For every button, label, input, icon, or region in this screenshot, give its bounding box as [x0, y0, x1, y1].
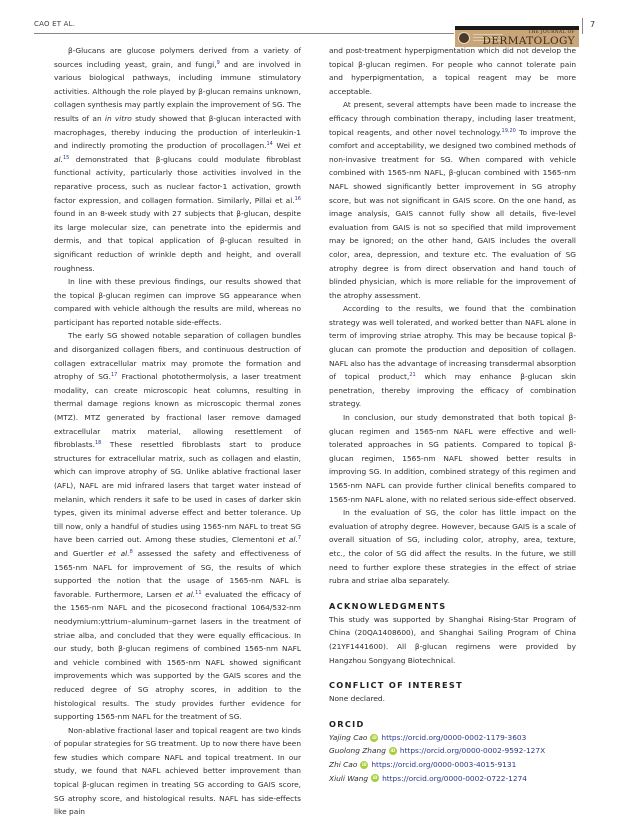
author-name: Guolong Zhang — [329, 744, 386, 758]
acknowledgments-heading: ACKNOWLEDGMENTS — [329, 600, 576, 613]
paragraph: In conclusion, our study demonstrated th… — [329, 411, 576, 506]
text: Fractional photothermolysis, a laser tre… — [54, 372, 301, 449]
orcid-heading: ORCID — [329, 718, 576, 731]
italic-text: et al. — [278, 535, 298, 544]
page-number-separator — [582, 18, 583, 34]
orcid-entry: Zhi Cao iD https://orcid.org/0000-0003-4… — [329, 758, 576, 772]
orcid-entry: Guolong Zhang iD https://orcid.org/0000-… — [329, 744, 576, 758]
paragraph: At present, several attempts have been m… — [329, 98, 576, 302]
text: evaluated the efficacy of the 1565-nm NA… — [54, 590, 301, 721]
header-rule — [34, 33, 454, 34]
paragraph: Non-ablative fractional laser and topica… — [54, 724, 301, 819]
conflict-of-interest-heading: CONFLICT OF INTEREST — [329, 679, 576, 692]
left-column: β-Glucans are glucose polymers derived f… — [54, 44, 301, 819]
right-column: and post-treatment hyperpigmentation whi… — [329, 44, 576, 785]
text: According to the results, we found that … — [329, 304, 576, 381]
text: found in an 8-week study with 27 subject… — [54, 209, 301, 272]
orcid-icon: iD — [370, 734, 378, 742]
text: To improve the comfort and acceptability… — [329, 128, 576, 300]
italic-text: et al. — [108, 549, 129, 558]
orcid-link[interactable]: https://orcid.org/0000-0002-1179-3603 — [381, 731, 526, 745]
orcid-list: Yajing Cao iD https://orcid.org/0000-000… — [329, 731, 576, 785]
orcid-icon: iD — [389, 747, 397, 755]
orcid-icon: iD — [371, 774, 379, 782]
citation-link[interactable]: 19,20 — [502, 128, 516, 134]
conflict-of-interest-text: None declared. — [329, 692, 576, 706]
text: demonstrated that β-glucans could modula… — [54, 155, 301, 205]
orcid-entry: Yajing Cao iD https://orcid.org/0000-000… — [329, 731, 576, 745]
orcid-link[interactable]: https://orcid.org/0000-0002-0722-1274 — [382, 772, 527, 786]
paragraph: and post-treatment hyperpigmentation whi… — [329, 44, 576, 98]
society-emblem-icon — [458, 32, 470, 44]
text: and Guertler — [54, 549, 108, 558]
paragraph: In the evaluation of SG, the color has l… — [329, 506, 576, 588]
page-number: 7 — [590, 20, 595, 29]
paragraph: β-Glucans are glucose polymers derived f… — [54, 44, 301, 275]
author-name: Xiuli Wang — [329, 772, 368, 786]
author-name: Yajing Cao — [329, 731, 367, 745]
paragraph: The early SG showed notable separation o… — [54, 329, 301, 723]
orcid-link[interactable]: https://orcid.org/0000-0003-4015-9131 — [371, 758, 516, 772]
text: These resettled fibroblasts start to pro… — [54, 440, 301, 544]
citation-link[interactable]: 7 — [298, 535, 301, 541]
running-head: CAO ET AL. — [34, 20, 75, 28]
citation-link[interactable]: 16 — [295, 196, 301, 202]
orcid-icon: iD — [360, 761, 368, 769]
text: Wei — [273, 141, 294, 150]
acknowledgments-text: This study was supported by Shanghai Ris… — [329, 613, 576, 667]
author-name: Zhi Cao — [329, 758, 357, 772]
orcid-entry: Xiuli Wang iD https://orcid.org/0000-000… — [329, 772, 576, 786]
italic-text: in vitro — [105, 114, 132, 123]
orcid-link[interactable]: https://orcid.org/0000-0002-9592-127X — [400, 744, 545, 758]
paragraph: In line with these previous findings, ou… — [54, 275, 301, 329]
italic-text: et al. — [175, 590, 195, 599]
paragraph: According to the results, we found that … — [329, 302, 576, 411]
